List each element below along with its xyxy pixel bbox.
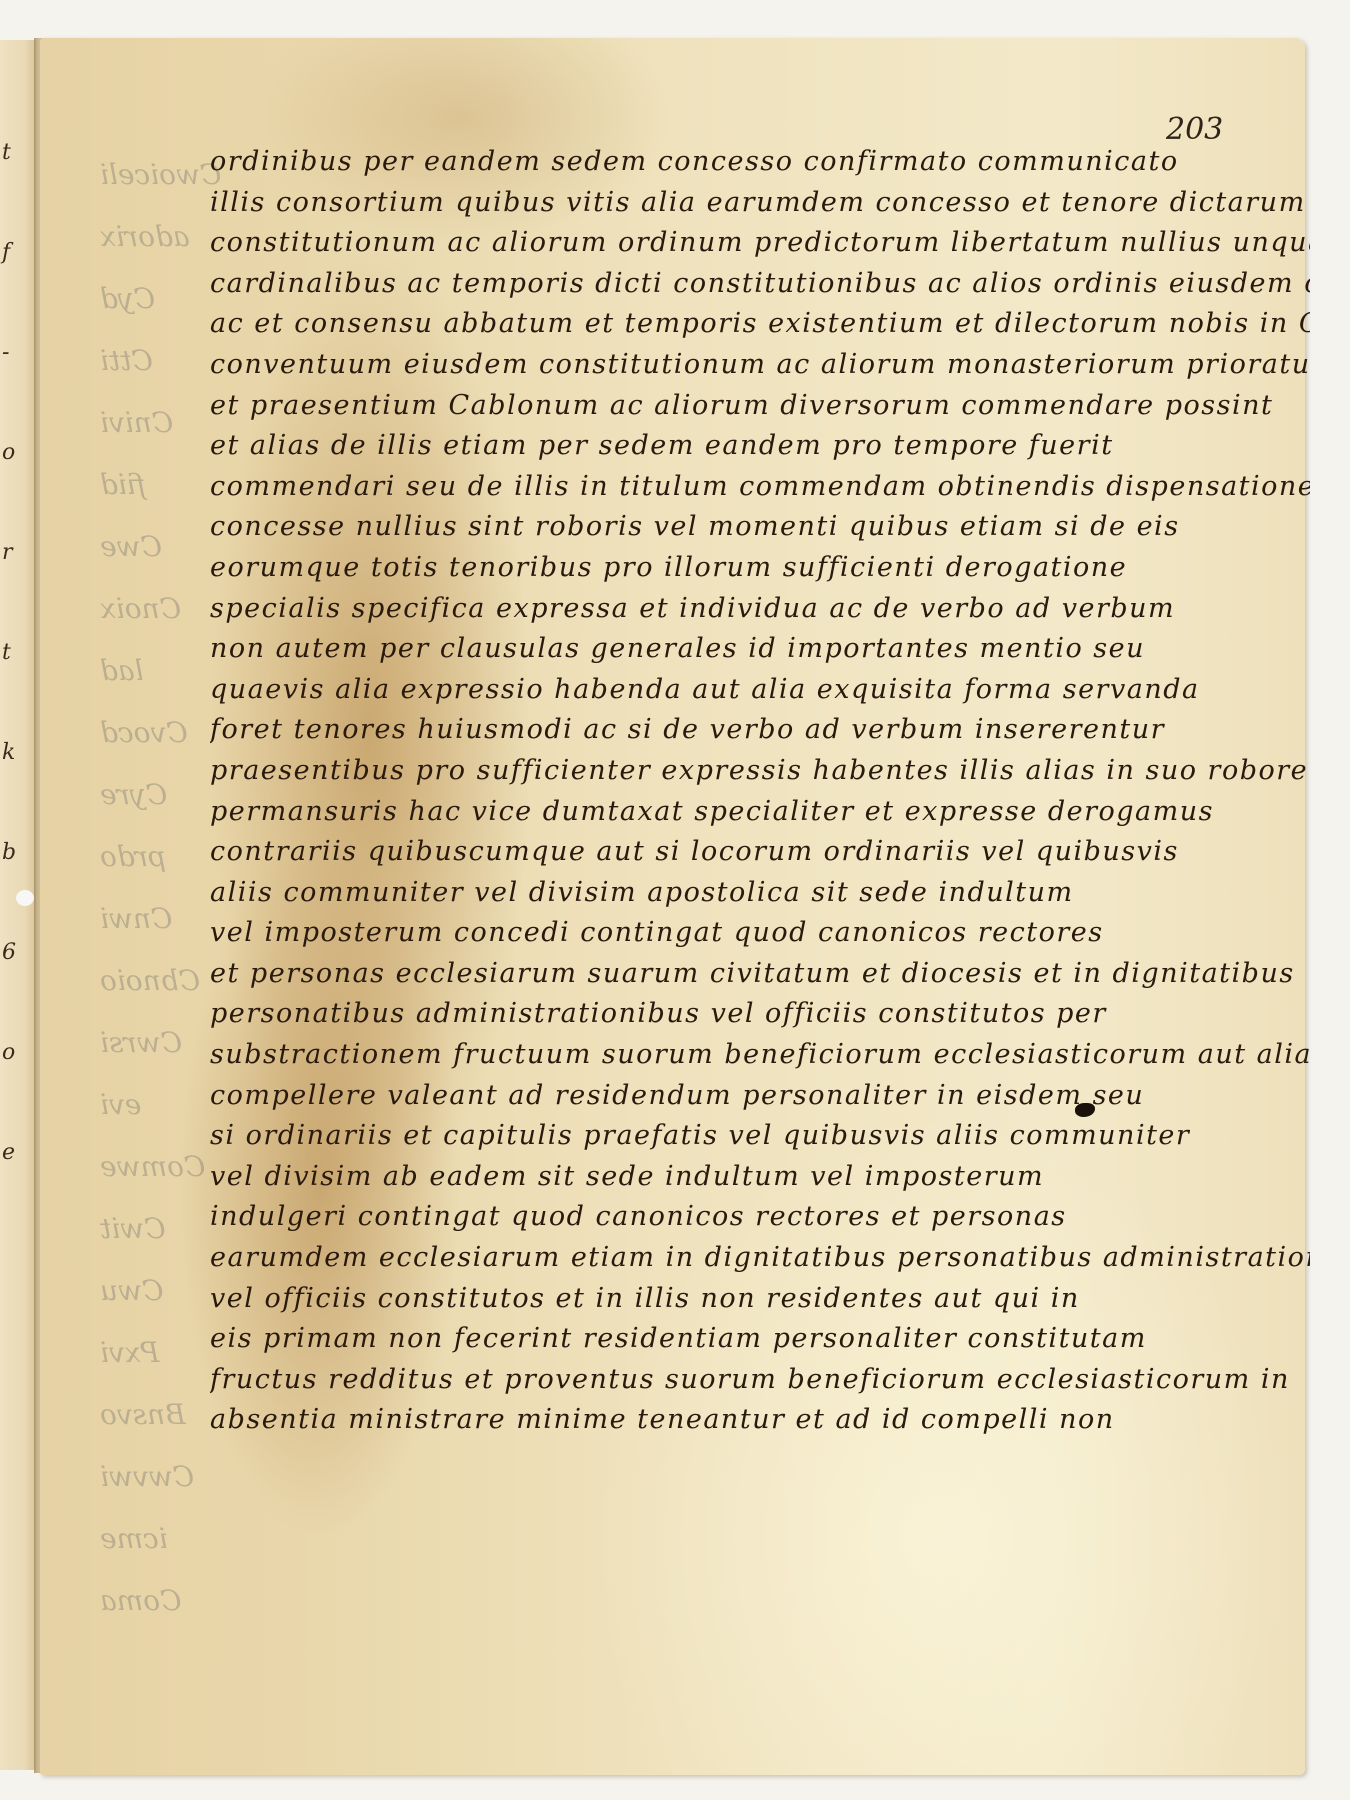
text-line-content: specialis specifica expressa et individu… — [210, 589, 1175, 630]
facing-page-edge: tf-ortkb6oe — [0, 40, 36, 1770]
facing-page-mark: k — [2, 740, 15, 765]
bleed-through-line: Cwvwi — [100, 1460, 194, 1493]
text-line: contrariis quibuscumque aut si locorum o… — [210, 832, 1310, 873]
text-line: aliis communiter vel divisim apostolica … — [210, 873, 1310, 914]
text-line: constitutionum ac aliorum ordinum predic… — [210, 223, 1310, 264]
text-line-content: eis primam non fecerint residentiam pers… — [210, 1319, 1147, 1360]
text-line-content: vel officiis constitutos et in illis non… — [210, 1279, 1080, 1320]
text-line-content: absentia ministrare minime teneantur et … — [210, 1400, 1115, 1441]
facing-page-mark: 6 — [2, 940, 16, 965]
bleed-through-line: lad — [100, 654, 144, 687]
facing-page-mark: t — [2, 140, 11, 165]
bleed-through-line: prdo — [100, 840, 166, 873]
text-line: praesentibus pro sufficienter expressis … — [210, 751, 1310, 792]
text-line: et praesentium Cablonum ac aliorum diver… — [210, 386, 1310, 427]
text-line: indulgeri contingat quod canonicos recto… — [210, 1197, 1310, 1238]
manuscript-text-block: ordinibus per eandem sedem concesso conf… — [210, 142, 1310, 1441]
facing-page-mark: t — [2, 640, 11, 665]
text-line-content: vel divisim ab eadem sit sede indultum v… — [210, 1157, 1044, 1198]
text-line-content: fructus redditus et proventus suorum ben… — [210, 1360, 1290, 1401]
facing-page-mark: f — [2, 240, 10, 265]
text-line-content: non autem per clausulas generales id imp… — [210, 629, 1145, 670]
bleed-through-line: Cbnoio — [100, 964, 200, 997]
bleed-through-line: Bnsvo — [100, 1398, 186, 1431]
text-line: vel imposterum concedi contingat quod ca… — [210, 913, 1310, 954]
text-line: cardinalibus ac temporis dicti constitut… — [210, 264, 1310, 305]
bleed-through-line: evi — [100, 1088, 141, 1121]
text-line: compellere valeant ad residendum persona… — [210, 1076, 1310, 1117]
bleed-through-line: Cwit — [100, 1212, 166, 1245]
text-line-content: aliis communiter vel divisim apostolica … — [210, 873, 1074, 914]
text-line: commendari seu de illis in titulum comme… — [210, 467, 1310, 508]
facing-page-mark: - — [2, 340, 9, 365]
bleed-through-line: Cvocd — [100, 716, 188, 749]
facing-page-mark: r — [2, 540, 13, 565]
bleed-through-line: Comwe — [100, 1150, 205, 1183]
text-line: illis consortium quibus vitis alia earum… — [210, 183, 1310, 224]
text-line: ac et consensu abbatum et temporis exist… — [210, 304, 1310, 345]
text-line-content: eorumque totis tenoribus pro illorum suf… — [210, 548, 1127, 589]
bleed-through-line: Cnivi — [100, 406, 173, 439]
text-line-content: et alias de illis etiam per sedem eandem… — [210, 426, 1114, 467]
text-line: conventuum eiusdem constitutionum ac ali… — [210, 345, 1310, 386]
text-line-content: commendari seu de illis in titulum comme… — [210, 467, 1310, 508]
text-line: permansuris hac vice dumtaxat specialite… — [210, 792, 1310, 833]
text-line: vel divisim ab eadem sit sede indultum v… — [210, 1157, 1310, 1198]
text-line-content: ordinibus per eandem sedem concesso conf… — [210, 142, 1179, 183]
bleed-through-line: Cyd — [100, 282, 155, 315]
text-line: fructus redditus et proventus suorum ben… — [210, 1360, 1310, 1401]
bleed-through-line: Cwe — [100, 530, 162, 563]
bleed-through-line: Ctti — [100, 344, 153, 377]
text-line-content: constitutionum ac aliorum ordinum predic… — [210, 223, 1310, 264]
bleed-through-line: icme — [100, 1522, 168, 1555]
text-line-content: ac et consensu abbatum et temporis exist… — [210, 304, 1310, 345]
text-line: si ordinariis et capitulis praefatis vel… — [210, 1116, 1310, 1157]
bleed-through-line: Cwrsi — [100, 1026, 182, 1059]
text-line: ordinibus per eandem sedem concesso conf… — [210, 142, 1310, 183]
text-line: et personas ecclesiarum suarum civitatum… — [210, 954, 1310, 995]
text-line-content: et personas ecclesiarum suarum civitatum… — [210, 954, 1295, 995]
text-line: substractionem fructuum suorum beneficio… — [210, 1035, 1310, 1076]
text-line-content: quaevis alia expressio habenda aut alia … — [210, 670, 1200, 711]
bleed-through-line: fiid — [100, 468, 146, 501]
text-line-content: vel imposterum concedi contingat quod ca… — [210, 913, 1104, 954]
text-line-content: indulgeri contingat quod canonicos recto… — [210, 1197, 1067, 1238]
text-line-content: earumdem ecclesiarum etiam in dignitatib… — [210, 1238, 1310, 1279]
text-line-content: cardinalibus ac temporis dicti constitut… — [210, 264, 1310, 305]
text-line-content: concesse nullius sint roboris vel moment… — [210, 507, 1180, 548]
facing-page-mark: b — [2, 840, 16, 865]
text-line-content: personatibus administrationibus vel offi… — [210, 994, 1107, 1035]
text-line-content: contrariis quibuscumque aut si locorum o… — [210, 832, 1179, 873]
text-line: foret tenores huiusmodi ac si de verbo a… — [210, 710, 1310, 751]
text-line: eis primam non fecerint residentiam pers… — [210, 1319, 1310, 1360]
text-line-content: foret tenores huiusmodi ac si de verbo a… — [210, 710, 1165, 751]
text-line-content: conventuum eiusdem constitutionum ac ali… — [210, 345, 1310, 386]
text-line: absentia ministrare minime teneantur et … — [210, 1400, 1310, 1441]
text-line: non autem per clausulas generales id imp… — [210, 629, 1310, 670]
text-line-content: compellere valeant ad residendum persona… — [210, 1076, 1144, 1117]
text-line: personatibus administrationibus vel offi… — [210, 994, 1310, 1035]
bleed-through-line: Cyre — [100, 778, 167, 811]
bleed-through-line: Coma — [100, 1584, 182, 1617]
text-line-content: et praesentium Cablonum ac aliorum diver… — [210, 386, 1273, 427]
bleed-through-line: Cnwi — [100, 902, 172, 935]
bleed-through-line: Cwu — [100, 1274, 163, 1307]
text-line-content: permansuris hac vice dumtaxat specialite… — [210, 792, 1214, 833]
facing-page-mark: o — [2, 1040, 15, 1065]
text-line: quaevis alia expressio habenda aut alia … — [210, 670, 1310, 711]
facing-page-mark: e — [2, 1140, 15, 1165]
bleed-through-line: Cwoiceli — [100, 158, 221, 191]
bleed-through-line: adorix — [100, 220, 190, 253]
text-line-content: illis consortium quibus vitis alia earum… — [210, 183, 1306, 224]
text-line-content: si ordinariis et capitulis praefatis vel… — [210, 1116, 1190, 1157]
paper-hole — [16, 890, 34, 906]
text-line: et alias de illis etiam per sedem eandem… — [210, 426, 1310, 467]
text-line: concesse nullius sint roboris vel moment… — [210, 507, 1310, 548]
text-line: eorumque totis tenoribus pro illorum suf… — [210, 548, 1310, 589]
text-line: vel officiis constitutos et in illis non… — [210, 1279, 1310, 1320]
facing-page-mark: o — [2, 440, 15, 465]
text-line: earumdem ecclesiarum etiam in dignitatib… — [210, 1238, 1310, 1279]
bleed-through-line: Cnoix — [100, 592, 181, 625]
text-line-content: substractionem fructuum suorum beneficio… — [210, 1035, 1310, 1076]
bleed-through-line: Pxvi — [100, 1336, 159, 1369]
text-line-content: praesentibus pro sufficienter expressis … — [210, 751, 1308, 792]
text-line: specialis specifica expressa et individu… — [210, 589, 1310, 630]
